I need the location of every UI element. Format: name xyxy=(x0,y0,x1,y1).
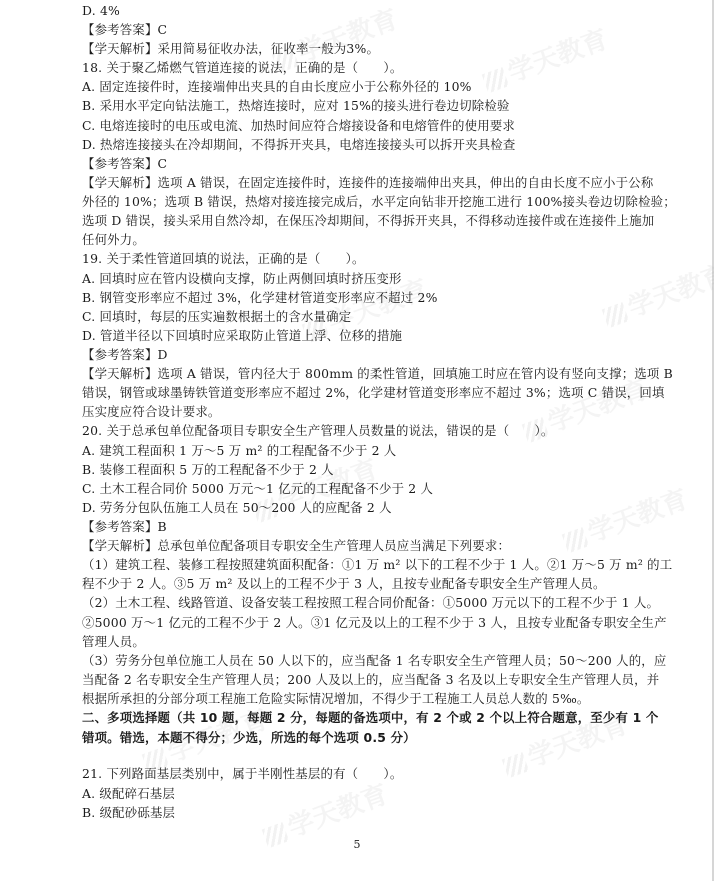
text-line: 【学天解析】采用简易征收办法，征收率一般为3%。 xyxy=(82,41,379,57)
section-heading-line1: 二、多项选择题（共 10 题，每题 2 分，每题的备选项中，有 2 个或 2 个… xyxy=(82,710,659,726)
text-line: （3）劳务分包单位施工人员在 50 人以下的，应当配备 1 名专职安全生产管理人… xyxy=(82,653,634,669)
text-line: A. 回填时应在管内设横向支撑，防止两侧回填时挤压变形 xyxy=(82,271,402,287)
text-line: 19. 关于柔性管道回填的说法，正确的是（ ）。 xyxy=(82,251,365,267)
text-line: C. 电熔连接时的电压或电流、加热时间应符合熔接设备和电熔管件的使用要求 xyxy=(82,118,515,134)
text-line: 【参考答案】C xyxy=(82,22,167,38)
text-line: 【学天解析】总承包单位配备项目专职安全生产管理人员应当满足下列要求： xyxy=(82,538,510,554)
document-page: 学天教育 学天教育 学天教育 学天教育 学天教育 学天教育 学天教育 学天教育 … xyxy=(0,0,714,881)
text-line: A. 固定连接件时，连接端伸出夹具的自由长度应小于公称外径的 10% xyxy=(82,79,472,95)
text-line: 错误，钢管或球墨铸铁管道变形率应不超过 2%，化学建材管道变形率应不超过 3%；… xyxy=(82,385,634,401)
text-line: D. 热熔连接接头在冷却期间，不得拆开夹具，电熔连接接头可以拆开夹具检查 xyxy=(82,137,515,153)
text-line: C. 回填时，每层的压实遍数根据土的含水量确定 xyxy=(82,309,351,325)
text-line: 【学天解析】选项 A 错误，在固定连接件时，连接件的连接端伸出夹具，伸出的自由长… xyxy=(82,175,634,191)
text-line: 【参考答案】D xyxy=(82,347,168,363)
text-line: 当配备 2 名专职安全生产管理人员；200 人及以上的，应当配备 3 名及以上专… xyxy=(82,672,634,688)
text-line: 【学天解析】选项 A 错误，管内径大于 800mm 的柔性管道，回填施工时应在管… xyxy=(82,366,634,382)
text-line: B. 装修工程面积 5 万的工程配备不少于 2 人 xyxy=(82,462,334,478)
text-line: （1）建筑工程、装修工程按照建筑面积配备：①1 万 m² 以下的工程不少于 1 … xyxy=(82,557,634,573)
text-line: 选项 D 错误，接头采用自然冷却，在保压冷却期间，不得拆开夹具，不得移动连接件或… xyxy=(82,213,634,229)
text-line: C. 土木工程合同价 5000 万元～1 亿元的工程配备不少于 2 人 xyxy=(82,481,433,497)
text-line: D. 管道半径以下回填时应采取防止管道上浮、位移的措施 xyxy=(82,328,402,344)
text-line: 18. 关于聚乙烯燃气管道连接的说法，正确的是（ ）。 xyxy=(82,60,402,76)
text-line: 任何外力。 xyxy=(82,232,145,248)
question-21-stem: 21. 下列路面基层类别中，属于半刚性基层的有（ ）。 xyxy=(82,766,402,782)
watermark-logo-icon: 学天教育 xyxy=(598,254,714,333)
text-line: A. 建筑工程面积 1 万～5 万 m² 的工程配备不少于 2 人 xyxy=(82,443,396,459)
question-21-option-b: B. 级配砂砾基层 xyxy=(82,805,175,821)
watermark-logo-icon: 学天教育 xyxy=(558,479,693,558)
page-number: 5 xyxy=(0,838,714,851)
text-line: D. 劳务分包队伍施工人员在 50～200 人的应配备 2 人 xyxy=(82,500,392,516)
text-line: 程不少于 2 人。③5 万 m² 及以上的工程不少于 3 人，且按专业配备专职安… xyxy=(82,576,606,592)
watermark-logo-icon: 学天教育 xyxy=(478,19,613,98)
text-line: 【参考答案】C xyxy=(82,156,167,172)
text-line: D. 4% xyxy=(82,3,120,19)
text-line: B. 钢管变形率应不超过 3%，化学建材管道变形率应不超过 2% xyxy=(82,290,438,306)
text-line: ②5000 万～1 亿元的工程不少于 2 人。③1 亿元及以上的工程不少于 3 … xyxy=(82,615,634,631)
text-line: 根据所承担的分部分项工程施工危险实际情况增加，不得少于工程施工人员总人数的 5‰… xyxy=(82,691,590,707)
text-line: 20. 关于总承包单位配备项目专职安全生产管理人员数量的说法，错误的是（ ）。 xyxy=(82,423,554,439)
question-21-option-a: A. 级配碎石基层 xyxy=(82,786,175,802)
text-line: B. 采用水平定向钻法施工，热熔连接时，应对 15%的接头进行卷边切除检验 xyxy=(82,98,510,114)
text-line: 外径的 10%；选项 B 错误，热熔对接连接完成后，水平定向钻非开挖施工进行 1… xyxy=(82,194,634,210)
text-line: 管理人员。 xyxy=(82,634,145,650)
text-line: （2）土木工程、线路管道、设备安装工程按照工程合同价配备：①5000 万元以下的… xyxy=(82,595,634,611)
section-heading-line2: 错项。错选，本题不得分；少选，所选的每个选项 0.5 分） xyxy=(82,730,416,746)
text-line: 【参考答案】B xyxy=(82,519,167,535)
text-line: 压实度应符合设计要求。 xyxy=(82,404,221,420)
